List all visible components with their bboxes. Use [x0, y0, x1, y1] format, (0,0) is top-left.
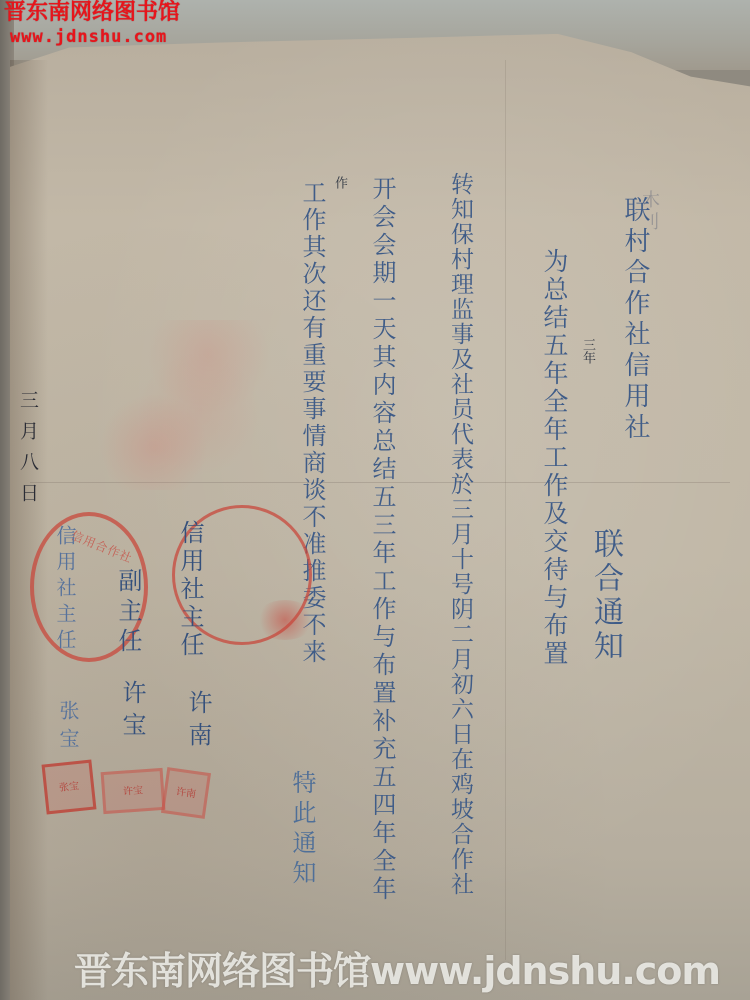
addressee-column: 联村合作社信用社 — [622, 196, 648, 444]
insert-note-1: 三年 — [578, 338, 597, 364]
signature-3-role: 信用社主任 — [55, 525, 75, 655]
signature-2-role: 副主任 — [116, 568, 140, 658]
body-column-2: 转知保村理监事及社员代表於三月十号阴二月初六日在鸡坡合作社 — [448, 172, 471, 897]
seal-text: 信用合作社 — [69, 526, 136, 566]
body-column-1: 为总结五年全年工作及交待与布置 — [542, 248, 567, 668]
closing-text: 特此通知 — [290, 770, 314, 890]
watermark-top: 晋东南网络图书馆 www.jdnshu.com — [4, 2, 180, 46]
signature-1-name: 许南 — [186, 690, 210, 754]
paper-shadow — [10, 60, 48, 1000]
insert-note-2: 作 — [330, 176, 349, 189]
seal-smudge — [255, 600, 315, 640]
fold-line — [505, 60, 506, 960]
signature-3-name: 张宝 — [58, 700, 78, 756]
document-date: 三月八日 — [18, 390, 37, 514]
signature-2-name: 许宝 — [120, 680, 144, 744]
square-seal: 许宝 — [101, 768, 166, 814]
square-seal: 许南 — [161, 767, 211, 819]
square-seal: 张宝 — [42, 760, 97, 815]
watermark-bottom: 晋东南网络图书馆www.jdnshu.com — [74, 952, 720, 990]
watermark-site-name: 晋东南网络图书馆 — [4, 2, 180, 24]
signature-1-role: 信用社主任 — [178, 520, 202, 660]
faded-seal-imprint — [100, 320, 280, 490]
body-column-3: 开会会期一天其内容总结五三年工作与布置补充五四年全年 — [370, 176, 394, 904]
watermark-url: www.jdnshu.com — [10, 29, 180, 46]
subject-title: 联合通知 — [590, 528, 620, 664]
